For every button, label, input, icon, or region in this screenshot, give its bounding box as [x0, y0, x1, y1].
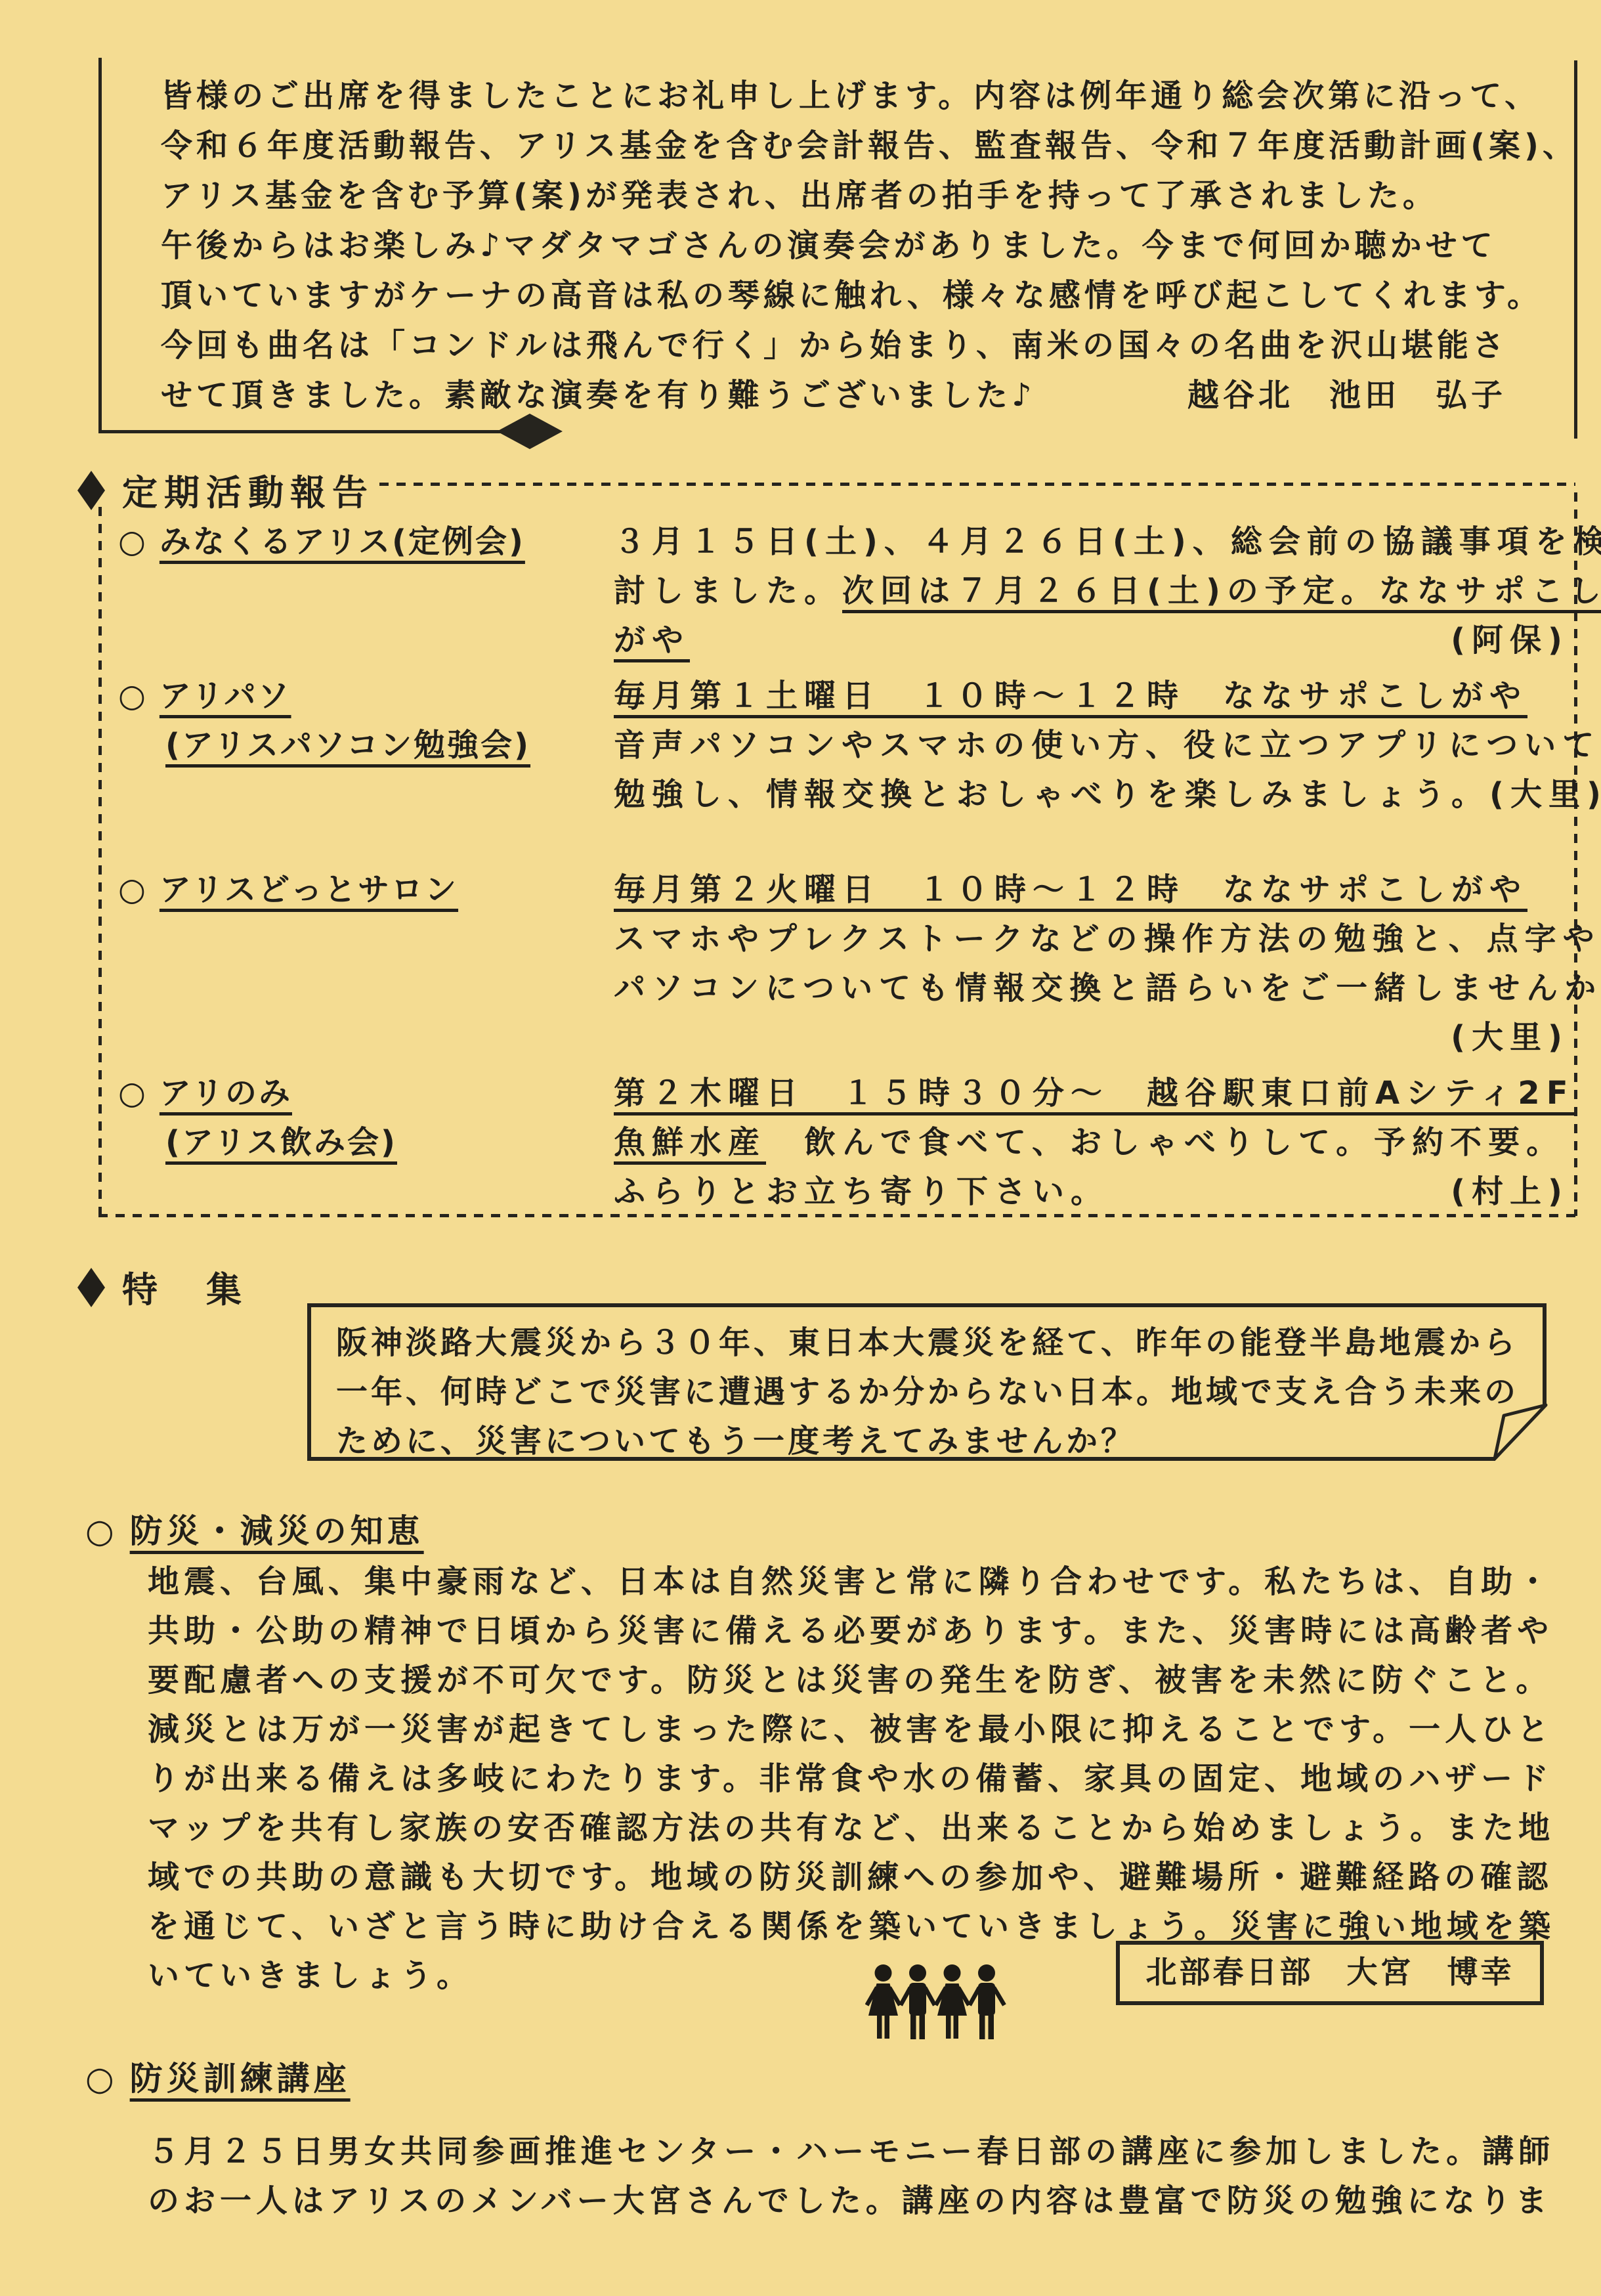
activity-row-content: ふらりとお立ち寄り下さい。 (村上) [614, 1167, 1569, 1217]
content-underlined: 魚鮮水産 [614, 1124, 766, 1161]
intro-paragraph: 皆様のご出席を得ましたことにお礼申し上げます。内容は例年通り総会次第に沿って、 … [161, 71, 1569, 420]
paragraph-line: 域での共助の意識も大切です。地域の防災訓練への参加や、避難場所・避難経路の確認 [148, 1853, 1555, 1902]
content-underlined: 毎月第１土曜日 １０時～１２時 ななサポこしがや [614, 678, 1527, 714]
feature-box-top-border [307, 1303, 1547, 1307]
subsection-title-text: 防災訓練講座 [130, 2060, 351, 2098]
content-underlined: 第２木曜日 １５時３０分～ 越谷駅東口前Aシティ2F [614, 1075, 1575, 1112]
section-title-text: 特 集 [122, 1269, 248, 1310]
paragraph-line: マップを共有し家族の安否確認方法の共有など、出来ることから始めましょう。また地 [148, 1804, 1555, 1853]
intro-line: アリス基金を含む予算(案)が発表され、出席者の拍手を持って了承されました。 [161, 171, 1569, 221]
activity-row-content: 魚鮮水産 飲んで食べて、おしゃべりして。予約不要。 [614, 1118, 1564, 1167]
paragraph-line: ５月２５日男女共同参画推進センター・ハーモニー春日部の講座に参加しました。講師 [148, 2127, 1554, 2177]
activity-label-text: みなくるアリス(定例会) [160, 523, 525, 560]
paragraph-line: 要配慮者への支援が不可欠です。防災とは災害の発生を防ぎ、被害を未然に防ぐこと。 [148, 1656, 1555, 1705]
circle-bullet-icon: ○ [118, 871, 148, 908]
activity-row-label: ○アリスどっとサロン [118, 865, 458, 915]
credit-name: (阿保) [1451, 616, 1569, 665]
intro-box-bottom-border [98, 430, 501, 433]
paragraph-line: りが出来る備えは多岐にわたります。非常食や水の備蓄、家具の固定、地域のハザード [148, 1754, 1555, 1804]
feature-line: ために、災害についてもう一度考えてみませんか？ [336, 1417, 1519, 1466]
dashed-box-left-border [98, 507, 102, 1216]
activity-row-content: ３月１５日(土)、４月２６日(土)、総会前の協議事項を検 [614, 517, 1601, 567]
feature-box-text: 阪神淡路大震災から３０年、東日本大震災を経て、昨年の能登半島地震から 一年、何時… [336, 1318, 1519, 1466]
training-paragraph: ５月２５日男女共同参画推進センター・ハーモニー春日部の講座に参加しました。講師 … [148, 2127, 1554, 2226]
subsection-title-text: 防災・減災の知恵 [130, 1512, 424, 1550]
content-underlined: 毎月第２火曜日 １０時～１２時 ななサポこしがや [614, 871, 1527, 908]
activity-sublabel-text: (アリスパソコン勉強会) [165, 727, 530, 764]
activity-row-content: 第２木曜日 １５時３０分～ 越谷駅東口前Aシティ2F [614, 1069, 1575, 1118]
contributor-name-box: 北部春日部 大宮 博幸 [1116, 1941, 1544, 2005]
activity-label-text: アリのみ [160, 1075, 292, 1112]
feature-box-right-border [1543, 1303, 1547, 1405]
activity-row-sublabel: (アリス飲み会) [165, 1118, 397, 1167]
intro-line: 皆様のご出席を得ましたことにお礼申し上げます。内容は例年通り総会次第に沿って、 [161, 71, 1569, 121]
activity-row-content: 毎月第２火曜日 １０時～１２時 ななサポこしがや [614, 865, 1527, 915]
activity-row-label: ○みなくるアリス(定例会) [118, 517, 525, 567]
paragraph-line: 共助・公助の精神で日頃から災害に備える必要があります。また、災害時には高齢者や [148, 1607, 1555, 1656]
intro-box-left-border [98, 58, 102, 432]
activity-row-content: がや (阿保) [614, 616, 1569, 665]
intro-line: 今回も曲名は「コンドルは飛んで行く」から始まり、南米の国々の名曲を沢山堪能さ [161, 320, 1569, 370]
content-plain: 討しました。 [614, 573, 842, 609]
section-title-text: 定期活動報告 [122, 472, 374, 513]
paragraph-line: 減災とは万が一災害が起きてしまった際に、被害を最小限に抑えることです。一人ひと [148, 1705, 1555, 1754]
activity-row-label: ○アリパソ [118, 672, 291, 721]
circle-bullet-icon: ○ [85, 2060, 118, 2098]
activity-row-content: 音声パソコンやスマホの使い方、役に立つアプリについて [614, 721, 1600, 770]
activity-row-content: パソコンについても情報交換と語らいをご一緒しませんか。 [614, 964, 1601, 1013]
section-heading-activity: 定期活動報告 [77, 465, 374, 515]
section-heading-feature: 特 集 [77, 1262, 248, 1312]
credit-name: (大里) [1451, 1013, 1569, 1062]
subsection-heading-training: ○防災訓練講座 [85, 2052, 351, 2100]
intro-last-line: せて頂きました。素敵な演奏を有り難うございました♪ 越谷北 池田 弘子 [161, 370, 1569, 420]
wisdom-paragraph: 地震、台風、集中豪雨など、日本は自然災害と常に隣り合わせです。私たちは、自助・ … [148, 1557, 1555, 2001]
circle-bullet-icon: ○ [118, 678, 148, 714]
activity-row-content: 討しました。次回は７月２６日(土)の予定。ななサポこし [614, 567, 1601, 616]
intro-line: 頂いていますがケーナの高音は私の琴線に触れ、様々な感情を呼び起こしてくれます。 [161, 271, 1569, 320]
activity-row-content: 勉強し、情報交換とおしゃべりを楽しみましょう。(大里) [614, 770, 1601, 819]
activity-row-label: ○アリのみ [118, 1069, 292, 1118]
author-signature: 越谷北 池田 弘子 [1187, 370, 1506, 420]
content-plain: 飲んで食べて、おしゃべりして。予約不要。 [766, 1124, 1564, 1161]
activity-label-text: アリスどっとサロン [160, 871, 458, 908]
intro-line-text: せて頂きました。素敵な演奏を有り難うございました♪ [161, 377, 1036, 414]
activity-row-content: 毎月第１土曜日 １０時～１２時 ななサポこしがや [614, 672, 1527, 721]
dashed-box-top-border [379, 483, 1575, 486]
feature-box-left-border [307, 1303, 311, 1461]
feature-line: 一年、何時どこで災害に遭遇するか分からない日本。地域で支え合う未来の [336, 1368, 1519, 1417]
activity-sublabel-text: (アリス飲み会) [165, 1124, 397, 1161]
content-underlined: がや [614, 622, 690, 659]
scanned-newsletter-page: 皆様のご出席を得ましたことにお礼申し上げます。内容は例年通り総会次第に沿って、 … [0, 0, 1601, 2296]
people-icon [865, 1963, 1008, 2047]
subsection-heading-wisdom: ○防災・減災の知恵 [85, 1505, 424, 1552]
paragraph-line: 地震、台風、集中豪雨など、日本は自然災害と常に隣り合わせです。私たちは、自助・ [148, 1557, 1555, 1607]
feature-line: 阪神淡路大震災から３０年、東日本大震災を経て、昨年の能登半島地震から [336, 1318, 1519, 1368]
intro-line: 午後からはお楽しみ♪マダタマゴさんの演奏会がありました。今まで何回か聴かせて [161, 221, 1569, 271]
circle-bullet-icon: ○ [118, 1075, 148, 1112]
intro-line: 令和６年度活動報告、アリス基金を含む会計報告、監査報告、令和７年度活動計画(案)… [161, 121, 1569, 171]
paragraph-line: のお一人はアリスのメンバー大宮さんでした。講座の内容は豊富で防災の勉強になりま [148, 2177, 1554, 2226]
activity-row-sublabel: (アリスパソコン勉強会) [165, 721, 530, 770]
intro-box-right-border [1574, 60, 1577, 439]
activity-row-content: スマホやプレクストークなどの操作方法の勉強と、点字や [614, 915, 1601, 964]
credit-name: (村上) [1451, 1167, 1569, 1217]
circle-bullet-icon: ○ [118, 523, 148, 560]
diamond-bullet-icon [77, 1268, 105, 1307]
activity-label-text: アリパソ [160, 678, 291, 714]
content-underlined: 次回は７月２６日(土)の予定。ななサポこし [842, 573, 1601, 609]
circle-bullet-icon: ○ [85, 1512, 118, 1550]
content-plain: ふらりとお立ち寄り下さい。 [614, 1173, 1109, 1210]
diamond-bullet-icon [77, 471, 105, 510]
